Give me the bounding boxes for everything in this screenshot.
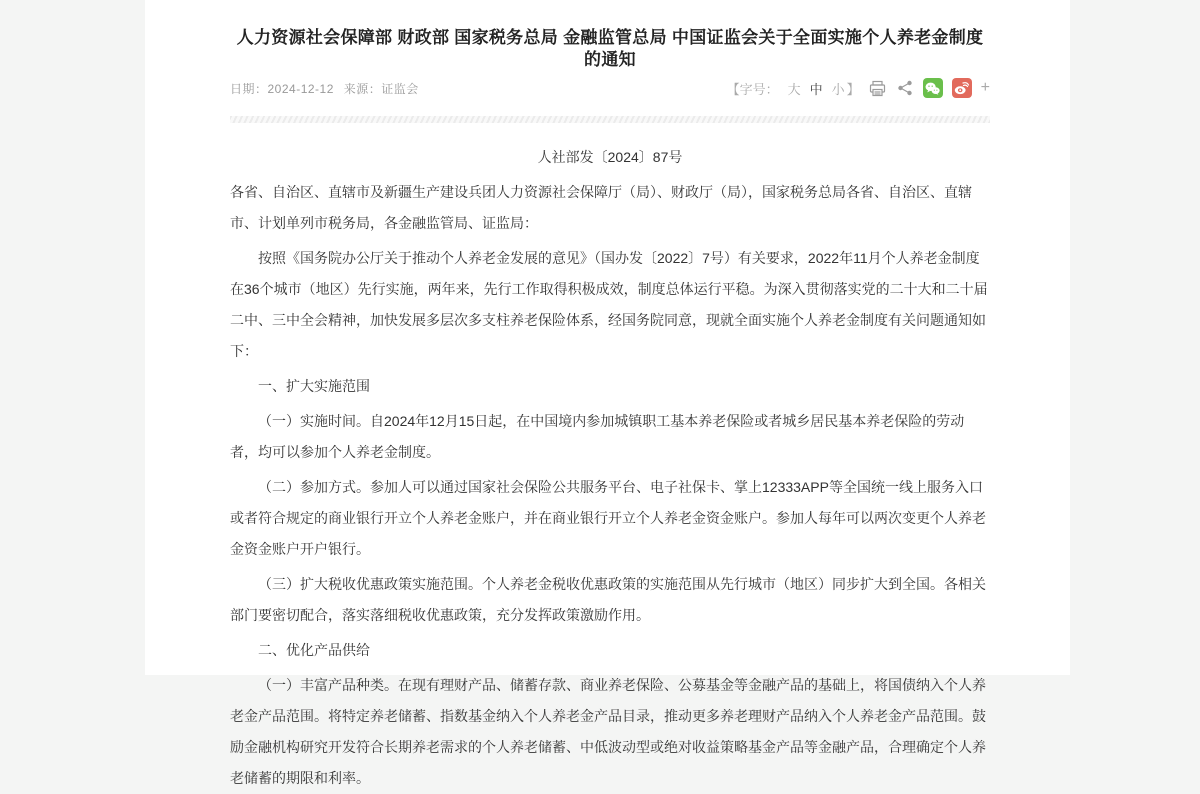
fontsize-medium-button[interactable]: 中 xyxy=(810,79,823,98)
page-title: 人力资源社会保障部 财政部 国家税务总局 金融监管总局 中国证监会关于全面实施个… xyxy=(230,27,990,71)
paragraph: 各省、自治区、直辖市及新疆生产建设兵团人力资源社会保障厅（局）、财政厅（局），国… xyxy=(230,177,990,239)
publish-date: 日期：2024-12-12 xyxy=(230,82,334,96)
paragraph: （一）实施时间。自2024年12月15日起，在中国境内参加城镇职工基本养老保险或… xyxy=(230,406,990,468)
printer-icon[interactable] xyxy=(869,79,887,97)
weibo-icon[interactable] xyxy=(952,78,972,98)
fontsize-small-button[interactable]: 小 xyxy=(832,79,845,98)
fontsize-bracket: 】 xyxy=(847,79,860,98)
fontsize-large-button[interactable]: 大 xyxy=(788,79,801,98)
plus-icon[interactable]: + xyxy=(981,79,990,97)
section-heading: 一、扩大实施范围 xyxy=(230,371,990,402)
article-body: 人社部发〔2024〕87号 各省、自治区、直辖市及新疆生产建设兵团人力资源社会保… xyxy=(230,142,990,675)
section-heading: 二、优化产品供给 xyxy=(230,635,990,666)
source-label: 来源：证监会 xyxy=(344,82,419,96)
share-icon[interactable] xyxy=(896,79,914,97)
paragraph: （一）丰富产品种类。在现有理财产品、储蓄存款、商业养老保险、公募基金等金融产品的… xyxy=(230,670,990,675)
wechat-icon[interactable] xyxy=(923,78,943,98)
fontsize-label: 【字号： xyxy=(727,79,779,98)
hatched-divider xyxy=(230,116,990,123)
article-tools: 【字号： 大 中 小 】 xyxy=(727,78,990,98)
article-meta: 日期：2024-12-12 来源：证监会 xyxy=(230,80,425,97)
doc-number: 人社部发〔2024〕87号 xyxy=(230,142,990,173)
article: 人力资源社会保障部 财政部 国家税务总局 金融监管总局 中国证监会关于全面实施个… xyxy=(145,0,1070,675)
fontsize-control: 【字号： 大 中 小 】 xyxy=(727,79,860,98)
paragraph: （二）参加方式。参加人可以通过国家社会保险公共服务平台、电子社保卡、掌上1233… xyxy=(230,472,990,565)
meta-row: 日期：2024-12-12 来源：证监会 【字号： 大 中 小 】 xyxy=(230,78,990,98)
paragraph: 按照《国务院办公厅关于推动个人养老金发展的意见》（国办发〔2022〕7号）有关要… xyxy=(230,243,990,367)
content-panel: 人力资源社会保障部 财政部 国家税务总局 金融监管总局 中国证监会关于全面实施个… xyxy=(145,0,1070,675)
paragraph: （三）扩大税收优惠政策实施范围。个人养老金税收优惠政策的实施范围从先行城市（地区… xyxy=(230,569,990,631)
